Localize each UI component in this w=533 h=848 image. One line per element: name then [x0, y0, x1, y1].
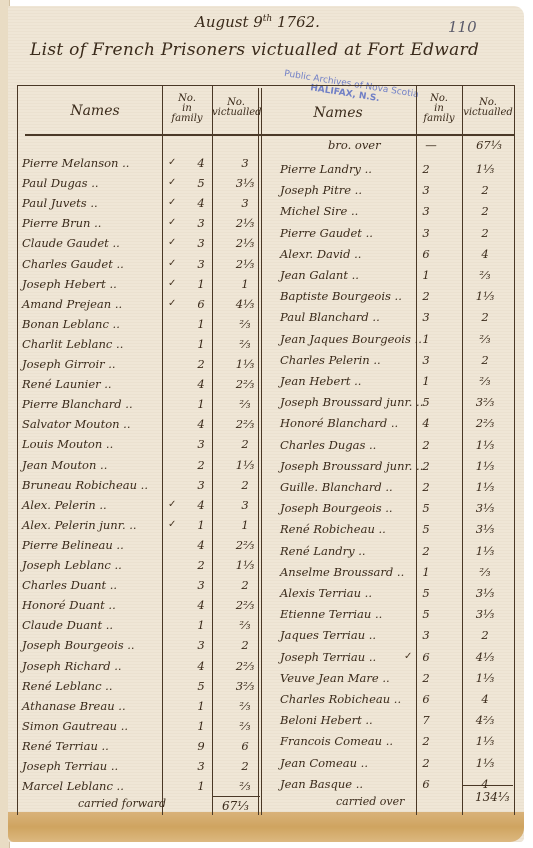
victualled-count: 1⅓	[228, 458, 262, 472]
family-count: 1	[416, 565, 436, 579]
family-count: 4	[416, 416, 436, 430]
victualled-count: 3⅓	[468, 501, 502, 515]
carried-forward-label: carried forward	[78, 797, 166, 810]
family-count: 5	[191, 679, 211, 693]
prisoner-name: Charlit Leblanc ..	[22, 337, 123, 351]
prisoner-name: Claude Gaudet ..	[22, 236, 120, 250]
family-count: 2	[191, 357, 211, 371]
victualled-count: 2⅔	[228, 417, 262, 431]
prisoner-name: Jean Comeau ..	[280, 756, 368, 770]
check-mark-icon: ✓	[168, 258, 176, 269]
prisoner-name: Joseph Hebert ..	[22, 277, 117, 291]
family-count: 3	[191, 638, 211, 652]
header-victualled-word: victualled	[212, 108, 260, 118]
prisoner-name: Bonan Leblanc ..	[22, 317, 120, 331]
victualled-count: 3	[228, 196, 262, 210]
prisoner-name: Simon Gautreau ..	[22, 719, 128, 733]
victualled-count: 4	[468, 777, 502, 791]
header-victualled-word: victualled	[462, 108, 514, 118]
family-count: 9	[191, 739, 211, 753]
family-count: 2	[416, 438, 436, 452]
family-count: 7	[416, 713, 436, 727]
family-count: 2	[416, 480, 436, 494]
date-suffix: th	[263, 14, 272, 24]
family-count: 5	[416, 522, 436, 536]
family-count: 3	[191, 478, 211, 492]
victualled-count: 1⅓	[468, 289, 502, 303]
prisoner-name: Jean Basque ..	[280, 777, 363, 791]
prisoner-name: Honoré Duant ..	[22, 598, 116, 612]
prisoner-name: Alexis Terriau ..	[280, 586, 372, 600]
check-mark-icon: ✓	[168, 197, 176, 208]
header-victualled-right: No. victualled	[462, 98, 514, 118]
prisoner-name: Jaques Terriau ..	[280, 628, 376, 642]
victualled-count: 2	[228, 437, 262, 451]
prisoner-name: Etienne Terriau ..	[280, 607, 382, 621]
family-count: 1	[191, 397, 211, 411]
family-count: 1	[191, 779, 211, 793]
victualled-count: 2	[468, 310, 502, 324]
check-mark-icon: ✓	[168, 298, 176, 309]
victualled-count: 3⅓	[468, 586, 502, 600]
family-count: 2	[416, 289, 436, 303]
family-count: 6	[191, 297, 211, 311]
family-count: 3	[191, 216, 211, 230]
family-count: 4	[191, 377, 211, 391]
water-stain	[8, 812, 524, 842]
prisoner-name: Guille. Blanchard ..	[280, 480, 393, 494]
victualled-count: 2⅔	[228, 659, 262, 673]
prisoner-name: Athanase Breau ..	[22, 699, 126, 713]
prisoner-name: Paul Dugas ..	[22, 176, 99, 190]
victualled-count: ⅔	[468, 268, 502, 282]
family-count: 2	[416, 544, 436, 558]
family-count: 3	[416, 310, 436, 324]
victualled-count: 3⅔	[468, 395, 502, 409]
prisoner-name: Jean Galant ..	[280, 268, 359, 282]
family-count: 1	[416, 374, 436, 388]
family-count: 3	[416, 353, 436, 367]
prisoner-name: Joseph Broussard junr. ..	[280, 395, 423, 409]
victualled-count: 6	[228, 739, 262, 753]
folio-number: 110	[448, 18, 477, 36]
family-count: 4	[191, 196, 211, 210]
victualled-count: 1⅓	[468, 756, 502, 770]
prisoner-name: Joseph Leblanc ..	[22, 558, 122, 572]
family-count: 6	[416, 247, 436, 261]
family-count: 1	[191, 719, 211, 733]
prisoner-name: Alex. Pelerin junr. ..	[22, 518, 137, 532]
family-count: 3	[416, 628, 436, 642]
victualled-count: 2⅔	[228, 598, 262, 612]
prisoner-name: Charles Gaudet ..	[22, 257, 124, 271]
victualled-count: 2	[468, 204, 502, 218]
prisoner-name: Charles Dugas ..	[280, 438, 376, 452]
prisoner-name: René Leblanc ..	[22, 679, 112, 693]
victualled-count: 3⅔	[228, 679, 262, 693]
family-count: 4	[191, 538, 211, 552]
family-count: 1	[191, 518, 211, 532]
check-mark-icon: ✓	[168, 237, 176, 248]
victualled-count: 1	[228, 277, 262, 291]
check-mark-icon: ✓	[168, 177, 176, 188]
family-count: 2	[416, 734, 436, 748]
brought-over-family: —	[416, 138, 446, 152]
victualled-count: 3⅓	[228, 176, 262, 190]
carried-forward-total: 67⅓	[222, 799, 249, 813]
prisoner-name: Bruneau Robicheau ..	[22, 478, 148, 492]
date-year: 1762.	[277, 13, 320, 31]
victualled-count: 2	[228, 638, 262, 652]
victualled-count: 1⅓	[468, 734, 502, 748]
document-date: August 9th 1762.	[195, 13, 320, 31]
header-names-right: Names	[298, 108, 378, 118]
prisoner-name: Joseph Bourgeois ..	[280, 501, 393, 515]
victualled-count: 2⅓	[228, 216, 262, 230]
header-family-word: family	[416, 114, 462, 124]
victualled-count: 2⅔	[228, 377, 262, 391]
family-count: 1	[416, 332, 436, 346]
family-count: 3	[416, 183, 436, 197]
prisoner-name: Alexr. David ..	[280, 247, 361, 261]
family-count: 6	[416, 650, 436, 664]
prisoner-name: Claude Duant ..	[22, 618, 113, 632]
victualled-count: 2⅔	[228, 538, 262, 552]
header-names-left: Names	[55, 106, 135, 116]
brought-over-label: bro. over	[328, 138, 381, 152]
victualled-count: ⅔	[468, 565, 502, 579]
brought-over-total: 67⅓	[466, 138, 512, 152]
prisoner-name: Anselme Broussard ..	[280, 565, 404, 579]
family-count: 2	[416, 459, 436, 473]
header-family-right: No. in family	[416, 94, 462, 124]
victualled-count: 4	[468, 247, 502, 261]
check-mark-icon: ✓	[168, 499, 176, 510]
victualled-count: 2	[468, 353, 502, 367]
family-count: 3	[191, 257, 211, 271]
victualled-count: 2	[228, 759, 262, 773]
family-count: 5	[416, 395, 436, 409]
prisoner-name: Salvator Mouton ..	[22, 417, 131, 431]
family-count: 1	[191, 277, 211, 291]
family-count: 2	[416, 162, 436, 176]
family-count: 4	[191, 417, 211, 431]
check-mark-icon: ✓	[168, 217, 176, 228]
carried-over-label: carried over	[336, 795, 404, 808]
prisoner-name: Pierre Brun ..	[22, 216, 101, 230]
victualled-count: 4⅔	[468, 713, 502, 727]
victualled-count: 2	[468, 226, 502, 240]
victualled-count: ⅔	[228, 699, 262, 713]
victualled-count: 4⅓	[468, 650, 502, 664]
prisoner-name: René Landry ..	[280, 544, 366, 558]
family-count: 3	[191, 437, 211, 451]
family-count: 1	[416, 268, 436, 282]
prisoner-name: René Robicheau ..	[280, 522, 386, 536]
prisoner-name: Pierre Gaudet ..	[280, 226, 373, 240]
date-text: August 9	[195, 13, 263, 31]
prisoner-name: Joseph Broussard junr. ..	[280, 459, 423, 473]
prisoner-name: Marcel Leblanc ..	[22, 779, 124, 793]
prisoner-name: Honoré Blanchard ..	[280, 416, 398, 430]
prisoner-name: Jean Jaques Bourgeois ..	[280, 332, 422, 346]
victualled-count: 1	[228, 518, 262, 532]
prisoner-name: Amand Prejean ..	[22, 297, 122, 311]
prisoner-name: Pierre Landry ..	[280, 162, 372, 176]
victualled-count: ⅔	[228, 618, 262, 632]
prisoner-name: Veuve Jean Mare ..	[280, 671, 390, 685]
header-family-left: No. in family	[163, 94, 211, 124]
victualled-count: 4⅓	[228, 297, 262, 311]
family-count: 1	[191, 337, 211, 351]
prisoner-name: Louis Mouton ..	[22, 437, 113, 451]
victualled-count: ⅔	[228, 719, 262, 733]
prisoner-name: Jean Mouton ..	[22, 458, 107, 472]
header-family-word: family	[163, 114, 211, 124]
prisoner-name: Charles Robicheau ..	[280, 692, 401, 706]
victualled-count: 1⅓	[228, 357, 262, 371]
victualled-count: 2	[228, 478, 262, 492]
family-count: 4	[191, 498, 211, 512]
carried-over-total: 134⅓	[475, 790, 510, 804]
victualled-count: 3	[228, 156, 262, 170]
victualled-count: 2⅔	[468, 416, 502, 430]
prisoner-name: Joseph Pitre ..	[280, 183, 362, 197]
prisoner-name: Baptiste Bourgeois ..	[280, 289, 402, 303]
victualled-count: 1⅓	[468, 544, 502, 558]
prisoner-name: Joseph Bourgeois ..	[22, 638, 135, 652]
family-count: 5	[416, 607, 436, 621]
victualled-count: 4	[468, 692, 502, 706]
prisoner-name: Charles Duant ..	[22, 578, 117, 592]
family-count: 4	[191, 659, 211, 673]
family-count: 6	[416, 777, 436, 791]
document-title: List of French Prisoners victualled at F…	[30, 40, 479, 60]
check-mark-icon: ✓	[168, 157, 176, 168]
prisoner-name: Jean Hebert ..	[280, 374, 361, 388]
victualled-count: 1⅓	[468, 162, 502, 176]
prisoner-name: Michel Sire ..	[280, 204, 358, 218]
check-mark-icon: ✓	[404, 651, 412, 662]
prisoner-name: Pierre Belineau ..	[22, 538, 124, 552]
family-count: 2	[191, 458, 211, 472]
victualled-count: 1⅓	[468, 480, 502, 494]
victualled-count: ⅔	[228, 337, 262, 351]
check-mark-icon: ✓	[168, 519, 176, 530]
family-count: 3	[191, 236, 211, 250]
family-count: 3	[191, 578, 211, 592]
family-count: 3	[416, 226, 436, 240]
victualled-count: ⅔	[228, 397, 262, 411]
prisoner-name: Pierre Blanchard ..	[22, 397, 133, 411]
check-mark-icon: ✓	[168, 278, 176, 289]
prisoner-name: Joseph Terriau ..	[280, 650, 376, 664]
prisoner-name: Francois Comeau ..	[280, 734, 393, 748]
victualled-count: ⅔	[228, 317, 262, 331]
prisoner-name: René Terriau ..	[22, 739, 109, 753]
family-count: 3	[416, 204, 436, 218]
victualled-count: 1⅓	[468, 438, 502, 452]
prisoner-name: Pierre Melanson ..	[22, 156, 129, 170]
prisoner-name: Charles Pelerin ..	[280, 353, 381, 367]
family-count: 4	[191, 598, 211, 612]
family-count: 1	[191, 699, 211, 713]
victualled-count: 2	[468, 628, 502, 642]
victualled-count: ⅔	[468, 374, 502, 388]
prisoner-name: Joseph Terriau ..	[22, 759, 118, 773]
family-count: 5	[191, 176, 211, 190]
family-count: 2	[191, 558, 211, 572]
victualled-count: 3	[228, 498, 262, 512]
prisoner-name: Paul Juvets ..	[22, 196, 98, 210]
victualled-count: 1⅓	[468, 459, 502, 473]
victualled-count: 1⅓	[468, 671, 502, 685]
family-count: 5	[416, 586, 436, 600]
prisoner-name: Joseph Richard ..	[22, 659, 122, 673]
victualled-count: 2	[228, 578, 262, 592]
victualled-count: 2⅓	[228, 257, 262, 271]
header-victualled-left: No. victualled	[212, 98, 260, 118]
victualled-count: ⅔	[468, 332, 502, 346]
family-count: 2	[416, 671, 436, 685]
victualled-count: 3⅓	[468, 607, 502, 621]
family-count: 4	[191, 156, 211, 170]
family-count: 6	[416, 692, 436, 706]
victualled-count: 1⅓	[228, 558, 262, 572]
prisoner-name: René Launier ..	[22, 377, 112, 391]
family-count: 5	[416, 501, 436, 515]
victualled-count: 2⅓	[228, 236, 262, 250]
victualled-count: ⅔	[228, 779, 262, 793]
prisoner-name: Joseph Girroir ..	[22, 357, 116, 371]
prisoner-name: Beloni Hebert ..	[280, 713, 373, 727]
family-count: 1	[191, 618, 211, 632]
victualled-count: 3⅓	[468, 522, 502, 536]
prisoner-name: Alex. Pelerin ..	[22, 498, 107, 512]
victualled-count: 2	[468, 183, 502, 197]
family-count: 3	[191, 759, 211, 773]
prisoner-name: Paul Blanchard ..	[280, 310, 380, 324]
family-count: 1	[191, 317, 211, 331]
family-count: 2	[416, 756, 436, 770]
